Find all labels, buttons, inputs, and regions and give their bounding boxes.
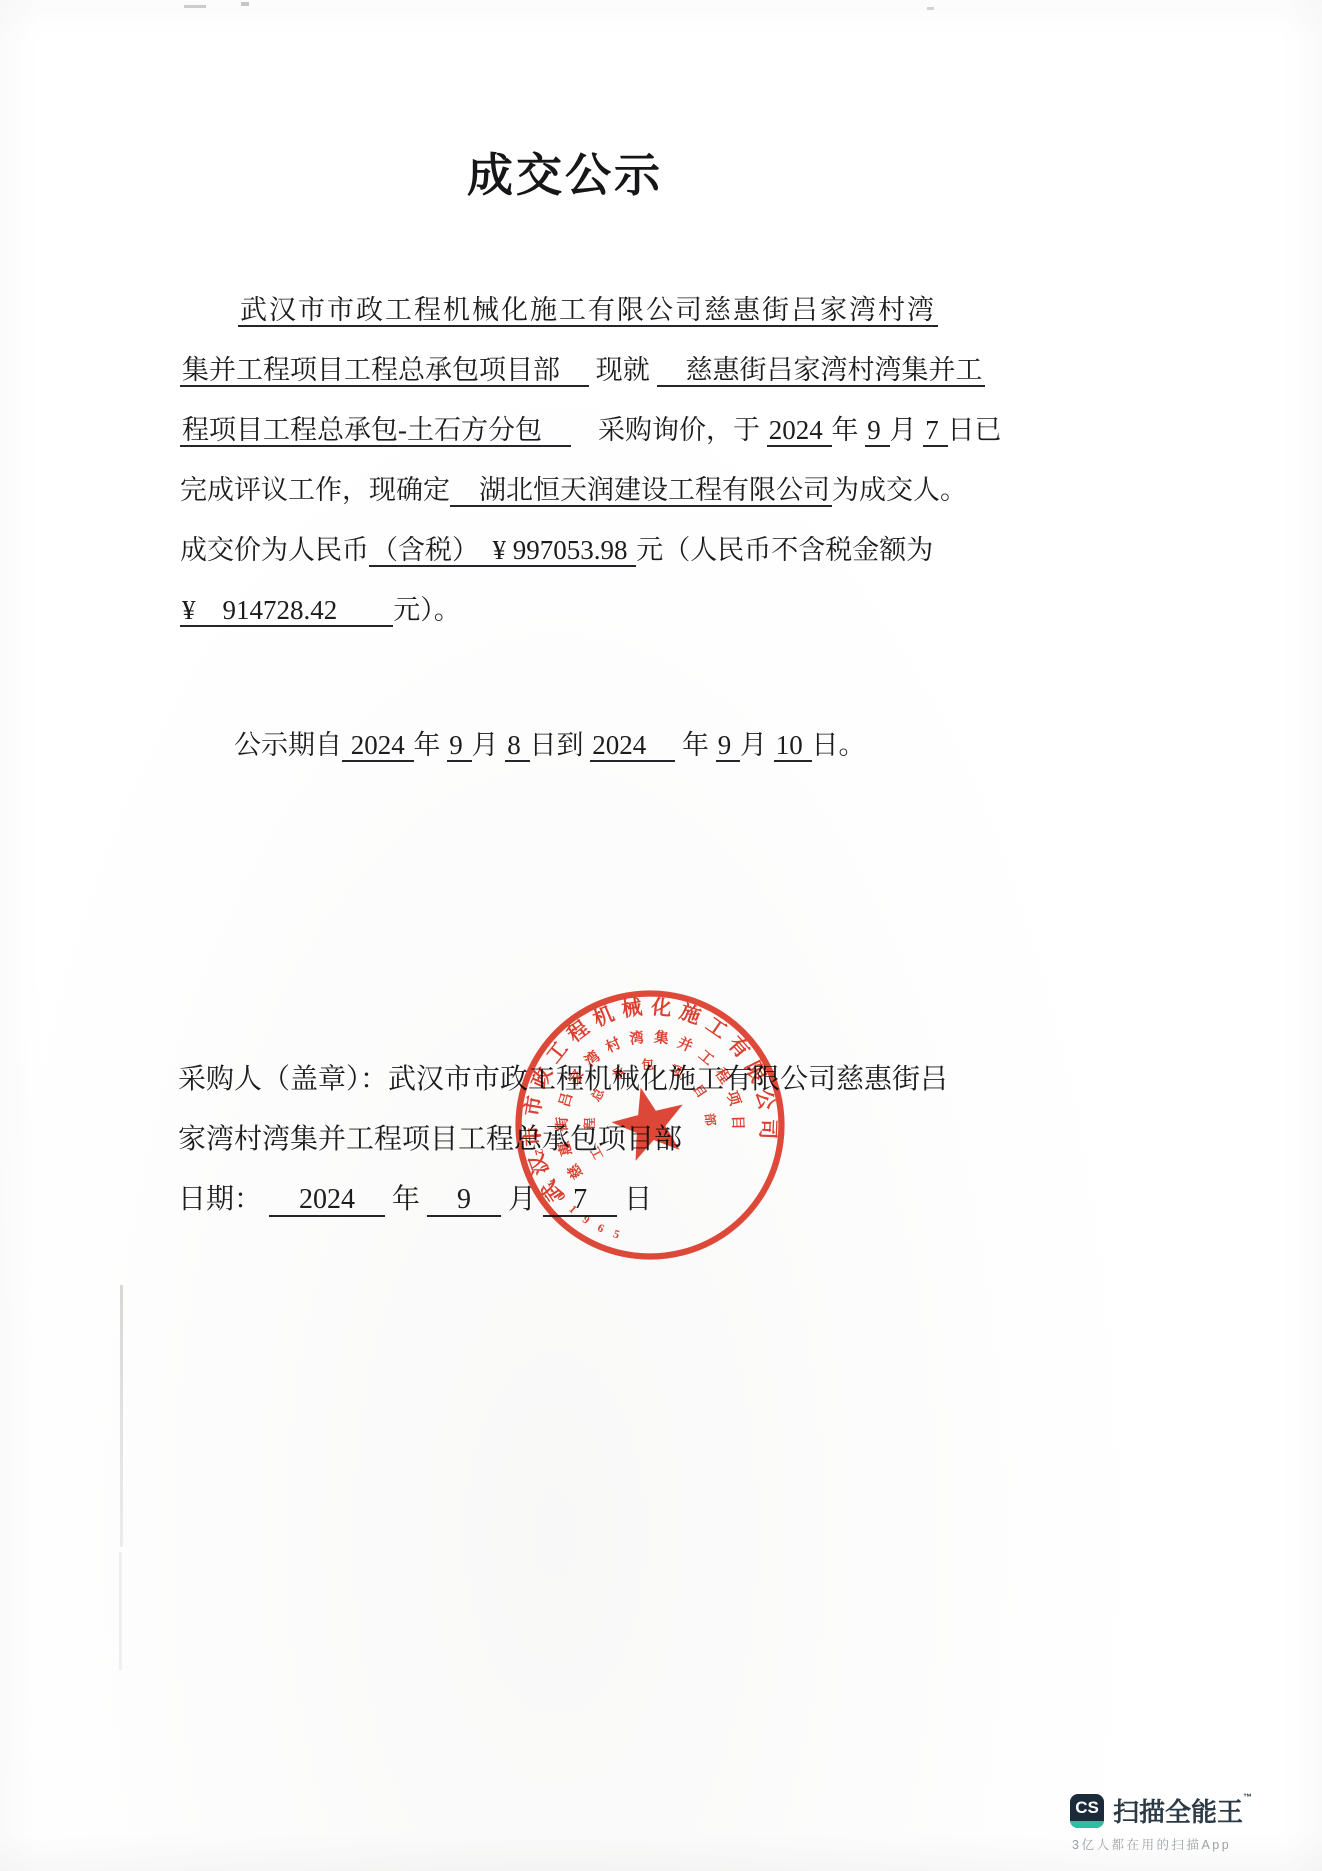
body-text: 年 [414,730,448,760]
body-text: 月 [472,730,506,760]
trademark-symbol: ™ [1243,1792,1252,1802]
scan-edge-artifact [119,1552,122,1670]
publicity-period-paragraph: 公示期自 2024 年 9 月 8 日到 2024 年 9 月 10 日。 [180,715,950,775]
to-year-blank: 2024 [590,730,675,762]
stamp-star [605,1079,693,1165]
month-blank: 9 [865,415,889,447]
award-paragraph: 武汉市市政工程机械化施工有限公司慈惠街吕家湾村湾 集并工程项目工程总承包项目部 … [180,280,950,640]
winner-name-underlined: 湖北恒天润建设工程有限公司 [450,475,832,507]
body-text: 元（人民币不含税金额为 [636,535,933,565]
price-with-tax-underlined: （含税） ¥ 997053.98 [369,535,636,567]
stamp-company-arc-text: 武汉市市政工程机械化施工有限公司 [492,967,789,1209]
scan-speck [927,7,934,10]
body-text: 成交价为人民币 [180,535,369,565]
camscanner-logo-strip [1070,1821,1104,1828]
from-year-blank: 2024 [342,730,414,762]
camscanner-logo-row: CS 扫描全能王™ [1070,1792,1300,1829]
body-text: 年 [385,1184,427,1215]
purchaser-name-underlined: 集并工程项目工程总承包项目部 [180,355,589,387]
document-title: 成交公示 [0,139,1130,205]
body-text: 元）。 [393,595,461,625]
body-text: 年 [832,415,866,445]
award-line-6: ¥ 914728.42 元）。 [180,580,950,640]
to-day-blank: 10 [774,730,812,762]
from-day-blank: 8 [505,730,529,762]
to-month-blank: 9 [716,730,740,762]
body-text: 公示期自 [234,730,342,760]
body-text: 现就 [589,355,657,385]
camscanner-app-name-text: 扫描全能王 [1113,1797,1243,1827]
publicity-period-line: 公示期自 2024 年 9 月 8 日到 2024 年 9 月 10 日。 [180,715,950,775]
scan-edge-artifact [120,1285,123,1547]
project-name-underlined: 慈惠街吕家湾村湾集并工 [657,355,985,387]
body-text: 日。 [812,730,866,760]
camscanner-logo-icon: CS [1070,1794,1104,1828]
award-line-4: 完成评议工作，现确定 湖北恒天润建设工程有限公司为成交人。 [180,460,950,520]
scan-speck [184,5,206,8]
purchaser-name-underlined: 武汉市市政工程机械化施工有限公司慈惠街吕家湾村湾 [238,295,938,327]
camscanner-watermark: CS 扫描全能王™ 3亿人都在用的扫描App [1070,1792,1300,1853]
project-name-underlined: 程项目工程总承包-土石方分包 [180,415,571,447]
award-line-5: 成交价为人民币（含税） ¥ 997053.98 元（人民币不含税金额为 [180,520,950,580]
svg-text:武汉市市政工程机械化施工有限公司: 武汉市市政工程机械化施工有限公司 [492,967,789,1209]
date-year-blank: 2024 [269,1184,385,1217]
first-line-indent [180,295,238,325]
scan-speck [241,2,249,6]
camscanner-app-name: 扫描全能王™ [1113,1792,1252,1829]
official-red-stamp: 武汉市市政工程机械化施工有限公司 慈惠街吕家湾村湾集并工程项目 工程总承包项目部… [474,949,826,1301]
body-text: 采购询价，于 [571,415,767,445]
day-blank: 7 [923,415,947,447]
camscanner-logo-letters: CS [1075,1798,1099,1818]
from-month-blank: 9 [447,730,471,762]
body-text: 为成交人。 [832,475,967,505]
price-without-tax-underlined: ¥ 914728.42 [180,595,393,627]
year-blank: 2024 [767,415,832,447]
body-text: 日已 [948,415,1002,445]
award-line-3: 程项目工程总承包-土石方分包 采购询价，于 2024 年 9 月 7 日已 [180,400,950,460]
body-text: 完成评议工作，现确定 [180,475,450,505]
body-text: 月 [890,415,924,445]
body-text: 月 [740,730,774,760]
body-text: 日期： [178,1184,269,1215]
first-line-indent [180,730,234,760]
camscanner-tagline: 3亿人都在用的扫描App [1072,1835,1300,1853]
body-text: 年 [675,730,716,760]
award-line-1: 武汉市市政工程机械化施工有限公司慈惠街吕家湾村湾 [180,280,950,340]
date-month-blank: 9 [427,1184,501,1217]
body-text: 日到 [530,730,591,760]
award-line-2: 集并工程项目工程总承包项目部 现就 慈惠街吕家湾村湾集并工 [180,340,950,400]
